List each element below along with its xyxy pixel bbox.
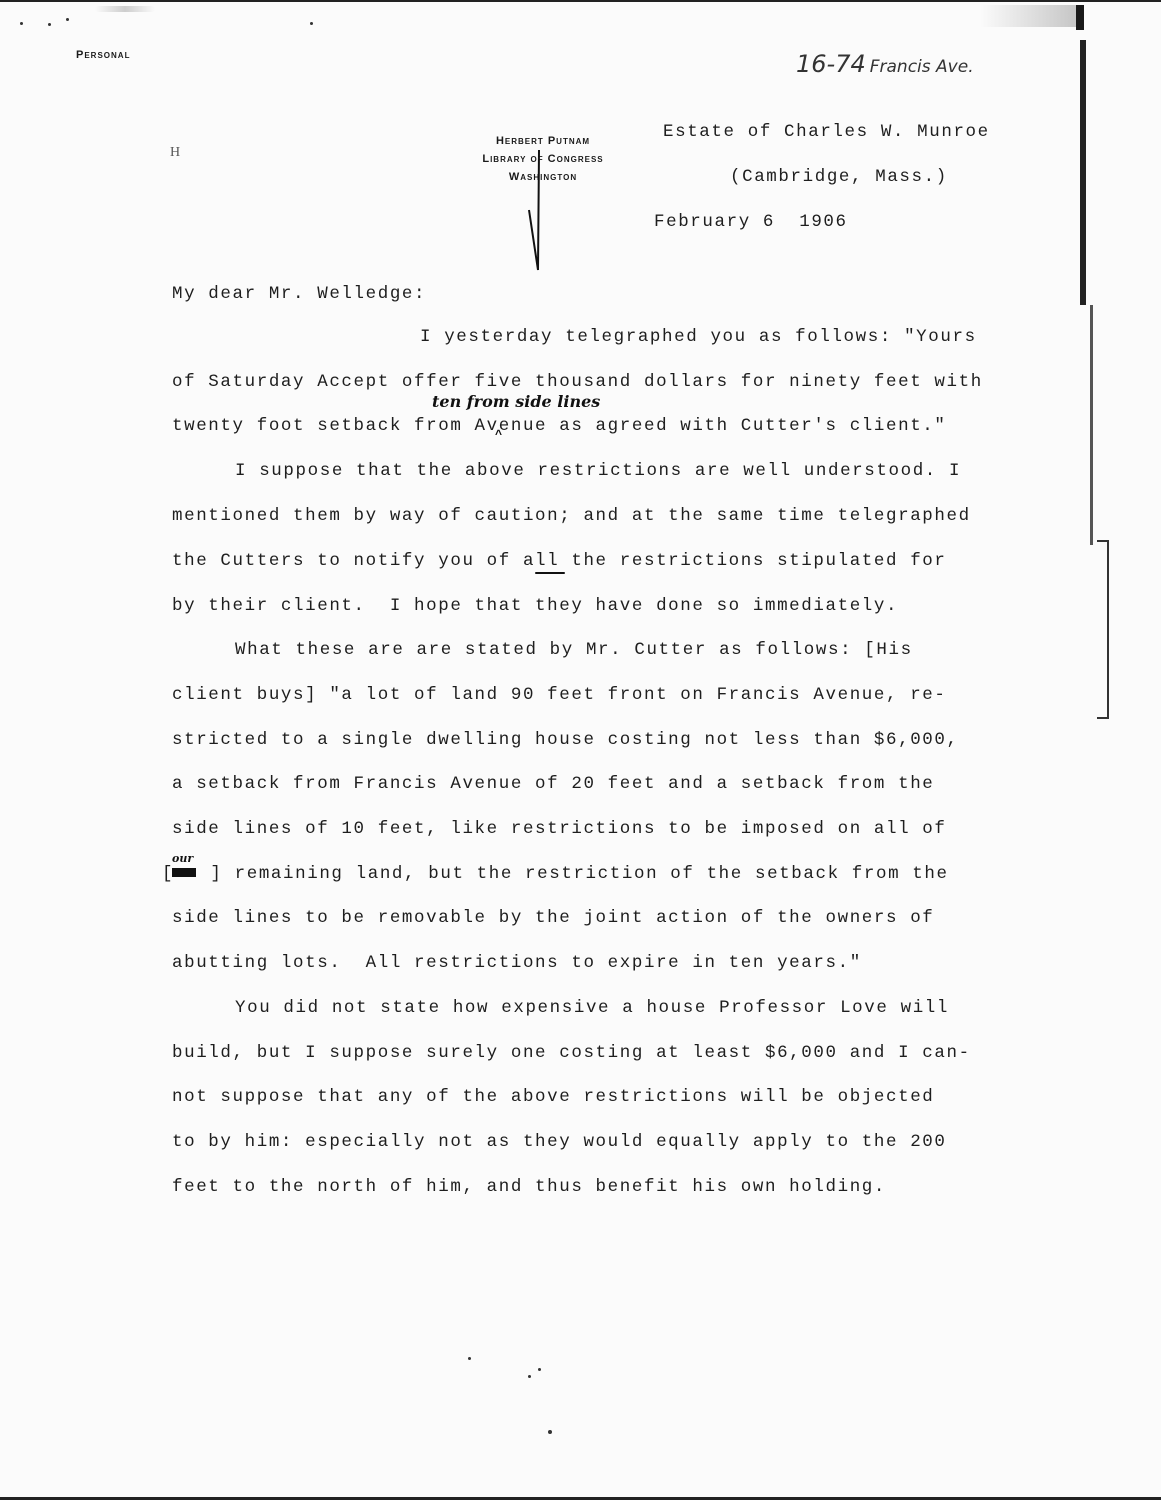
body-line: I suppose that the above restrictions ar… — [235, 461, 961, 481]
body-line: side lines to be removable by the joint … — [172, 908, 934, 928]
letter-date: February 6 1906 — [654, 212, 848, 232]
scan-speck — [468, 1357, 471, 1360]
scan-smudge — [95, 6, 155, 12]
body-line: side lines of 10 feet, like restrictions… — [172, 819, 947, 839]
scan-speck — [528, 1375, 531, 1378]
body-line: feet to the north of him, and thus benef… — [172, 1177, 886, 1197]
body-line: build, but I suppose surely one costing … — [172, 1043, 971, 1063]
paper-clip-mark — [1097, 540, 1109, 719]
scanned-letter-page: Personal H Herbert Putnam Library of Con… — [0, 0, 1161, 1500]
salutation: My dear Mr. Welledge: — [172, 284, 426, 304]
initial-mark: H — [170, 145, 180, 161]
scan-speck — [548, 1430, 552, 1434]
body-line: mentioned them by way of caution; and at… — [172, 506, 971, 526]
struck-word-icon — [162, 860, 212, 886]
scan-speck — [66, 18, 69, 21]
body-line: What these are are stated by Mr. Cutter … — [235, 640, 913, 660]
handwritten-reference: 16-74Francis Ave. — [796, 50, 974, 78]
body-line: client buys] "a lot of land 90 feet fron… — [172, 685, 947, 705]
handwritten-insertion: ten from side lines — [432, 392, 600, 411]
body-line: I yesterday telegraphed you as follows: … — [420, 327, 977, 347]
subject-line-location: (Cambridge, Mass.) — [730, 167, 948, 187]
body-line: abutting lots. All restrictions to expir… — [172, 953, 862, 973]
subject-line-estate: Estate of Charles W. Munroe — [663, 122, 990, 142]
binding-edge — [1080, 40, 1086, 305]
body-line: a setback from Francis Avenue of 20 feet… — [172, 774, 934, 794]
handwritten-number: 16-74 — [796, 50, 866, 78]
letterhead-name: Herbert Putnam — [448, 132, 638, 150]
binding-edge-top — [1076, 5, 1084, 30]
body-line: to by him: especially not as they would … — [172, 1132, 947, 1152]
binding-edge-lower — [1090, 305, 1093, 545]
personal-marking: Personal — [76, 49, 130, 61]
body-line: stricted to a single dwelling house cost… — [172, 730, 959, 750]
body-line: by their client. I hope that they have d… — [172, 596, 898, 616]
body-line: twenty foot setback from Avenue as agree… — [172, 416, 947, 436]
body-line: You did not state how expensive a house … — [235, 998, 949, 1018]
scan-speck — [310, 22, 313, 25]
scan-speck — [538, 1368, 541, 1371]
body-line: of Saturday Accept offer five thousand d… — [172, 372, 983, 392]
page-top-edge — [0, 0, 1161, 2]
underline-mark — [535, 572, 565, 574]
insertion-caret-icon: ^ — [495, 428, 502, 442]
pen-stroke-icon — [525, 150, 545, 275]
body-line: not suppose that any of the above restri… — [172, 1087, 934, 1107]
scan-speck — [48, 23, 51, 26]
handwritten-note: Francis Ave. — [870, 57, 974, 77]
binding-shadow — [980, 5, 1080, 27]
scan-speck — [20, 22, 23, 25]
body-line: [ ] remaining land, but the restriction … — [162, 864, 949, 884]
body-line: the Cutters to notify you of all the res… — [172, 551, 947, 571]
